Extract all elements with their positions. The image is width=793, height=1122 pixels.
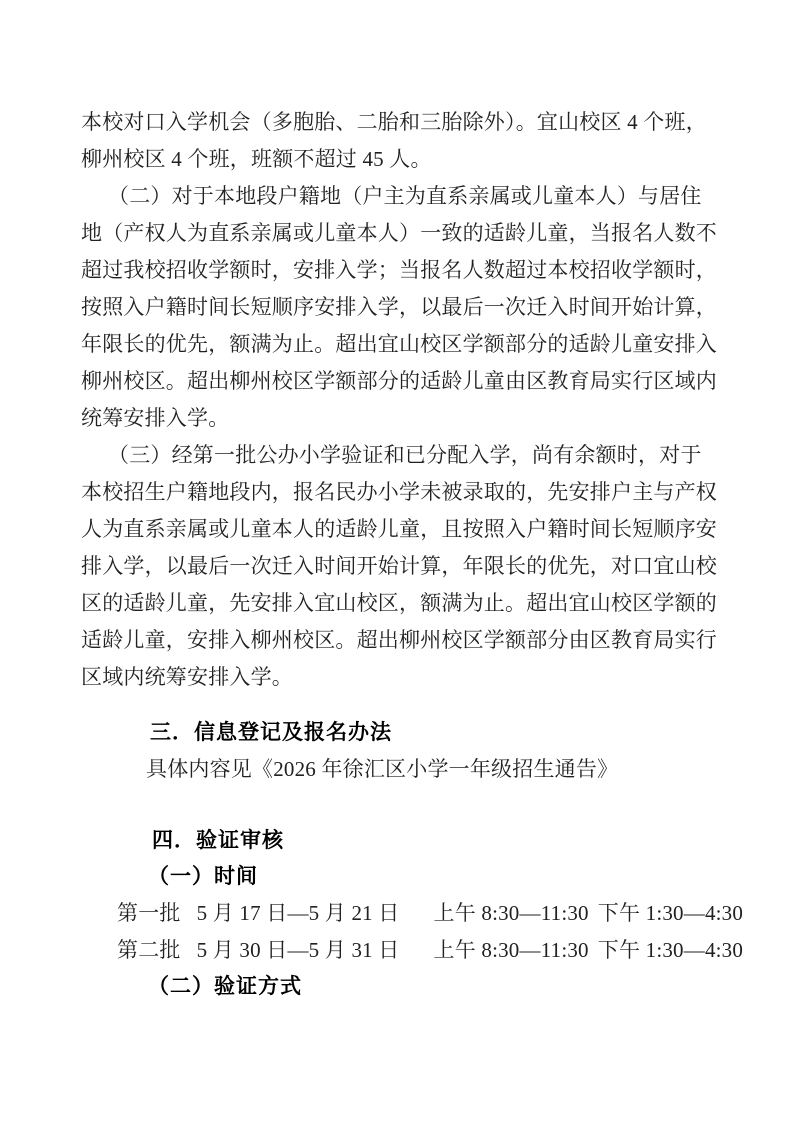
body-line: 年限长的优先，额满为止。超出宜山校区学额部分的适龄儿童安排入 (81, 332, 717, 356)
body-line: 统筹安排入学。 (81, 406, 229, 430)
body-line-item2-start: （二）对于本地段户籍地（户主为直系亲属或儿童本人）与居住 (108, 184, 702, 208)
body-line: 区域内统筹安排入学。 (81, 665, 293, 689)
section-3-heading: 三．信息登记及报名办法 (150, 720, 392, 744)
batch-1-row: 第一批5 月 17 日—5 月 21 日上午 8:30—11:30下午 1:30… (117, 901, 743, 925)
body-line: 排入学，以最后一次迁入时间开始计算，年限长的优先，对口宜山校 (81, 554, 717, 578)
body-line: 超过我校招收学额时，安排入学；当报名人数超过本校招收学额时， (81, 258, 717, 282)
body-line: 区的适龄儿童，先安排入宜山校区，额满为止。超出宜山校区学额的 (81, 591, 717, 615)
body-line: 适龄儿童，安排入柳州校区。超出柳州校区学额部分由区教育局实行 (81, 628, 717, 652)
section-3-body: 具体内容见《2026 年徐汇区小学一年级招生通告》 (146, 757, 618, 781)
batch-2-label: 第二批 (117, 938, 181, 962)
body-line: 本校招生户籍地段内，报名民办小学未被录取的，先安排户主与产权 (81, 480, 717, 504)
batch-1-dates: 5 月 17 日—5 月 21 日 (197, 901, 400, 925)
document-page: 本校对口入学机会（多胞胎、二胎和三胎除外）。宜山校区 4 个班， 柳州校区 4 … (0, 0, 793, 1122)
section-4-heading: 四．验证审核 (152, 828, 284, 852)
batch-1-label: 第一批 (117, 901, 181, 925)
body-line: 柳州校区 4 个班，班额不超过 45 人。 (81, 147, 432, 171)
body-line-item3-start: （三）经第一批公办小学验证和已分配入学，尚有余额时，对于 (108, 443, 702, 467)
batch-2-morning-time: 上午 8:30—11:30 (434, 938, 589, 962)
batch-2-row: 第二批5 月 30 日—5 月 31 日上午 8:30—11:30下午 1:30… (117, 938, 743, 962)
body-line: 人为直系亲属或儿童本人的适龄儿童，且按照入户籍时间长短顺序安 (81, 517, 717, 541)
batch-1-afternoon-time: 下午 1:30—4:30 (598, 901, 743, 925)
body-line: 地（产权人为直系亲属或儿童本人）一致的适龄儿童，当报名人数不 (81, 221, 717, 245)
batch-1-morning-time: 上午 8:30—11:30 (434, 901, 589, 925)
body-line: 柳州校区。超出柳州校区学额部分的适龄儿童由区教育局实行区域内 (81, 369, 717, 393)
time-subheading: （一）时间 (148, 864, 258, 888)
batch-2-afternoon-time: 下午 1:30—4:30 (598, 938, 743, 962)
body-line: 本校对口入学机会（多胞胎、二胎和三胎除外）。宜山校区 4 个班， (81, 110, 707, 134)
method-subheading: （二）验证方式 (148, 974, 302, 998)
body-line: 按照入户籍时间长短顺序安排入学，以最后一次迁入时间开始计算， (81, 295, 717, 319)
batch-2-dates: 5 月 30 日—5 月 31 日 (197, 938, 400, 962)
